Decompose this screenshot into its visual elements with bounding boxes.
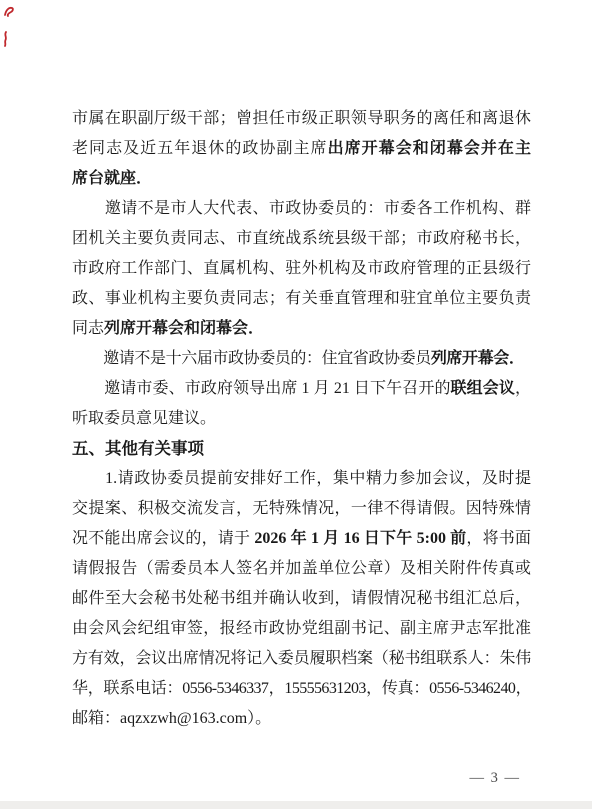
text-line: 邀请不是十六届市政协委员的：住宜省政协委员列席开幕会． — [72, 344, 531, 374]
text-segment: 况不能出席会议的，请于 — [72, 530, 254, 547]
text-segment: 华，联系电话：0556-5346337，15555631203，传真：0556-… — [72, 680, 531, 697]
red-ink-mark-icon — [3, 5, 15, 23]
text-line: 席台就座． — [72, 164, 531, 194]
text-line: 方有效，会议出席情况将记入委员履职档案（秘书组联系人：朱伟 — [72, 644, 531, 674]
text-segment: 团机关主要负责同志、市直统战系统县级干部；市政府秘书长， — [72, 230, 531, 247]
text-segment: 老同志及近五年退休的政协副主席 — [72, 140, 328, 157]
text-line: 交提案、积极交流发言，无特殊情况，一律不得请假。因特殊情 — [72, 494, 531, 524]
text-segment: 请假报告（需委员本人签名并加盖单位公章）及相关附件传真或 — [72, 560, 531, 577]
text-segment: 市属在职副厅级干部；曾担任市级正职领导职务的离任和离退休 — [72, 110, 531, 127]
text-line: 请假报告（需委员本人签名并加盖单位公章）及相关附件传真或 — [72, 554, 531, 584]
text-line: 同志列席开幕会和闭幕会． — [72, 314, 531, 344]
text-segment: 同志 — [72, 320, 104, 337]
text-segment: ， — [515, 380, 531, 397]
text-line: 听取委员意见建议。 — [72, 404, 531, 434]
text-line: 团机关主要负责同志、市直统战系统县级干部；市政府秘书长， — [72, 224, 531, 254]
text-segment: 政、事业机构主要负责同志；有关垂直管理和驻宜单位主要负责 — [72, 290, 531, 307]
text-line: 邀请不是市人大代表、市政协委员的：市委各工作机构、群 — [72, 194, 531, 224]
text-segment: 邮件至大会秘书处秘书组并确认收到，请假情况秘书组汇总后， — [72, 590, 531, 607]
text-line: 况不能出席会议的，请于 2026 年 1 月 16 日下午 5:00 前，将书面 — [72, 524, 531, 554]
text-line: 邮箱：aqzxzwh@163.com）。 — [72, 704, 531, 734]
emphasized-text-segment: 列席开幕会和闭幕会． — [104, 320, 264, 337]
text-segment: 市政府工作部门、直属机构、驻外机构及市政府管理的正县级行 — [72, 260, 531, 277]
text-segment: ，将书面 — [466, 530, 531, 547]
emphasized-text-segment: 2026 年 1 月 16 日下午 5:00 前 — [254, 530, 466, 547]
emphasized-text-segment: 列席开幕会． — [431, 350, 525, 367]
text-segment: 交提案、积极交流发言，无特殊情况，一律不得请假。因特殊情 — [72, 500, 531, 517]
emphasized-text-segment: 五、其他有关事项 — [72, 440, 204, 458]
text-segment: 听取委员意见建议。 — [72, 410, 216, 427]
emphasized-text-segment: 席台就座． — [72, 170, 152, 187]
text-line: 市属在职副厅级干部；曾担任市级正职领导职务的离任和离退休 — [72, 104, 531, 134]
text-segment: 邀请市委、市政府领导出席 1 月 21 日下午召开的 — [72, 380, 451, 397]
emphasized-text-segment: 出席开幕会和闭幕会并在主 — [328, 140, 531, 157]
page-number: — 3 — — [453, 770, 537, 787]
text-segment: 邮箱：aqzxzwh@163.com）。 — [72, 710, 271, 727]
text-line: 邀请市委、市政府领导出席 1 月 21 日下午召开的联组会议， — [72, 374, 531, 404]
text-line: 1.请政协委员提前安排好工作，集中精力参加会议，及时提 — [72, 464, 531, 494]
text-segment: 方有效，会议出席情况将记入委员履职档案（秘书组联系人：朱伟 — [72, 650, 531, 667]
text-line: 政、事业机构主要负责同志；有关垂直管理和驻宜单位主要负责 — [72, 284, 531, 314]
text-line: 邮件至大会秘书处秘书组并确认收到，请假情况秘书组汇总后， — [72, 584, 531, 614]
text-segment: 由会风会纪组审签，报经市政协党组副书记、副主席尹志军批准 — [72, 620, 531, 637]
document-body-text: 市属在职副厅级干部；曾担任市级正职领导职务的离任和离退休老同志及近五年退休的政协… — [72, 104, 531, 734]
text-line: 市政府工作部门、直属机构、驻外机构及市政府管理的正县级行 — [72, 254, 531, 284]
text-segment: 邀请不是市人大代表、市政协委员的：市委各工作机构、群 — [72, 200, 531, 217]
text-line: 由会风会纪组审签，报经市政协党组副书记、副主席尹志军批准 — [72, 614, 531, 644]
section-heading: 五、其他有关事项 — [72, 434, 531, 464]
text-segment: 1.请政协委员提前安排好工作，集中精力参加会议，及时提 — [72, 470, 531, 487]
text-segment: 邀请不是十六届市政协委员的：住宜省政协委员 — [72, 350, 431, 367]
red-ink-mark-icon — [2, 31, 11, 52]
scan-edge-shadow — [0, 801, 592, 809]
document-page: 市属在职副厅级干部；曾担任市级正职领导职务的离任和离退休老同志及近五年退休的政协… — [0, 0, 592, 809]
text-line: 华，联系电话：0556-5346337，15555631203，传真：0556-… — [72, 674, 531, 704]
text-line: 老同志及近五年退休的政协副主席出席开幕会和闭幕会并在主 — [72, 134, 531, 164]
emphasized-text-segment: 联组会议 — [451, 380, 515, 397]
